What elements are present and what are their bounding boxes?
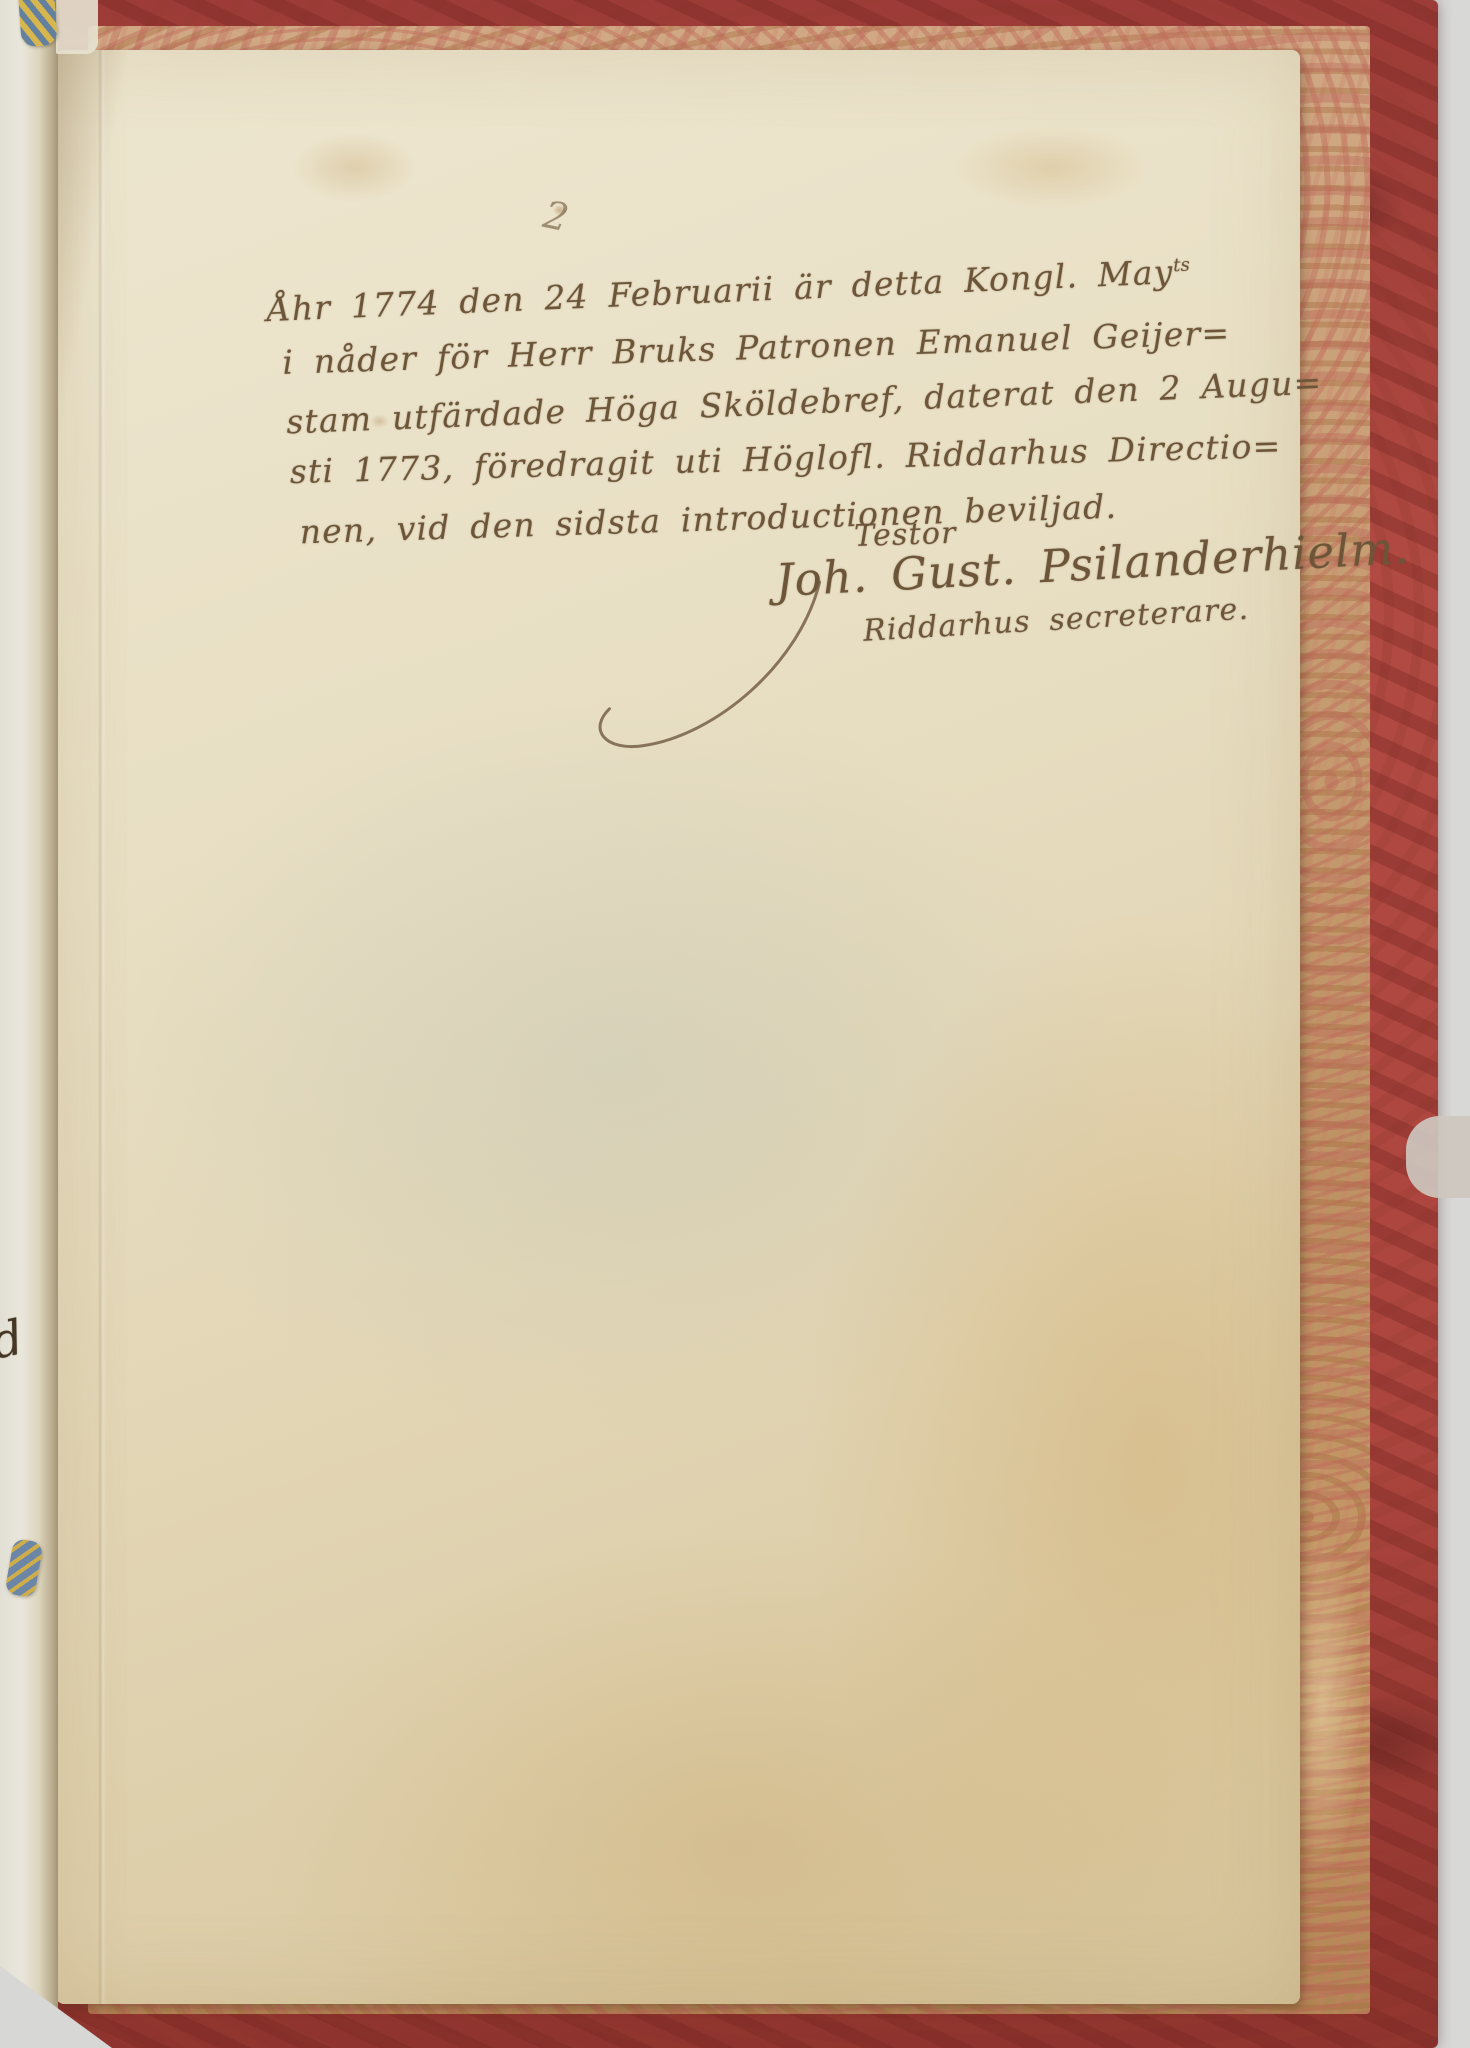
signature-flourish (488, 538, 956, 802)
handwritten-inscription: 2 Åhr 1774 den 24 Februarii är detta Kon… (246, 252, 1342, 806)
book-scan: d 2 Åhr 1774 den 24 Februarii är detta K… (0, 0, 1470, 2048)
endband-top (18, 0, 57, 47)
superscript-abbreviation: ts (1173, 255, 1190, 277)
inscription-line-4: sti 1773, föredragit uti Höglofl. Riddar… (289, 426, 1282, 491)
cover-edge-notch (1406, 1116, 1470, 1198)
page-gutter-edge (0, 0, 58, 2048)
page-corner-edge (56, 0, 98, 54)
